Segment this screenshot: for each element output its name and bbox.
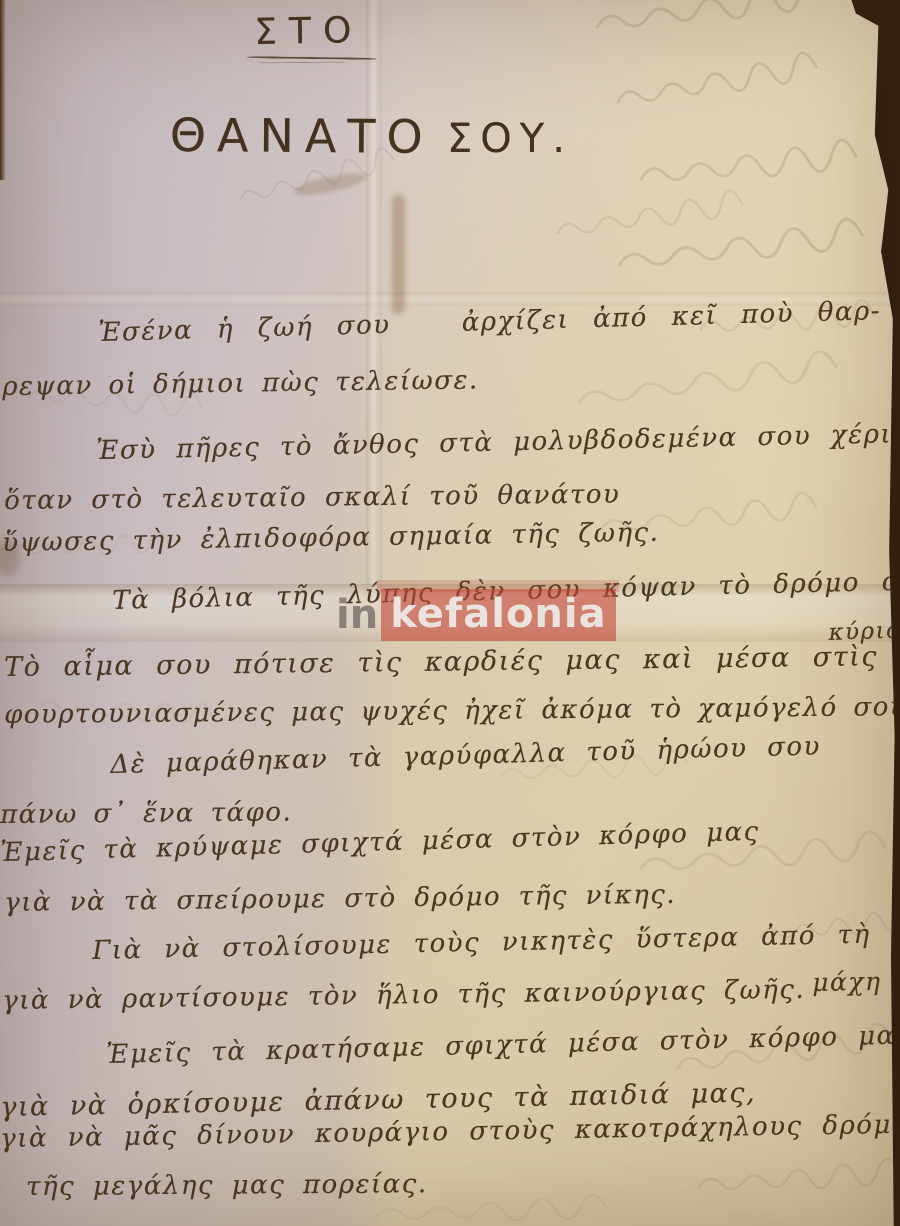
title-kicker: ΣΤΟ bbox=[254, 10, 364, 53]
manuscript-line: ὅταν στὸ τελευταῖο σκαλί τοῦ θανάτου bbox=[4, 480, 620, 516]
paper-edge-shadow bbox=[0, 0, 6, 180]
paper-sheet: ΣΤΟ ΘΑΝΑΤΟ ΣΟΥ. Ἐσένα ἡ ζωή σου ἀρχίζει … bbox=[0, 0, 900, 1226]
margin-word: μάχη bbox=[812, 967, 882, 997]
title-main-word-1: ΘΑΝΑΤΟ bbox=[170, 108, 434, 164]
inkefalonia-watermark: inkefalonia bbox=[336, 589, 616, 641]
manuscript-line: τῆς μεγάλης μας πορείας. bbox=[26, 1169, 428, 1202]
manuscript-line: πάνω σ᾽ ἕνα τάφο. bbox=[0, 797, 292, 830]
manuscript-line: ρεψαν οἱ δήμιοι πὼς τελείωσε. bbox=[2, 365, 479, 402]
manuscript-photo: ΣΤΟ ΘΑΝΑΤΟ ΣΟΥ. Ἐσένα ἡ ζωή σου ἀρχίζει … bbox=[0, 0, 900, 1226]
watermark-label: kefalonia bbox=[381, 589, 615, 641]
fold-ink-smudge bbox=[392, 194, 405, 314]
title-main-word-2: ΣΟΥ. bbox=[447, 116, 573, 162]
watermark-prefix: in bbox=[336, 595, 381, 635]
